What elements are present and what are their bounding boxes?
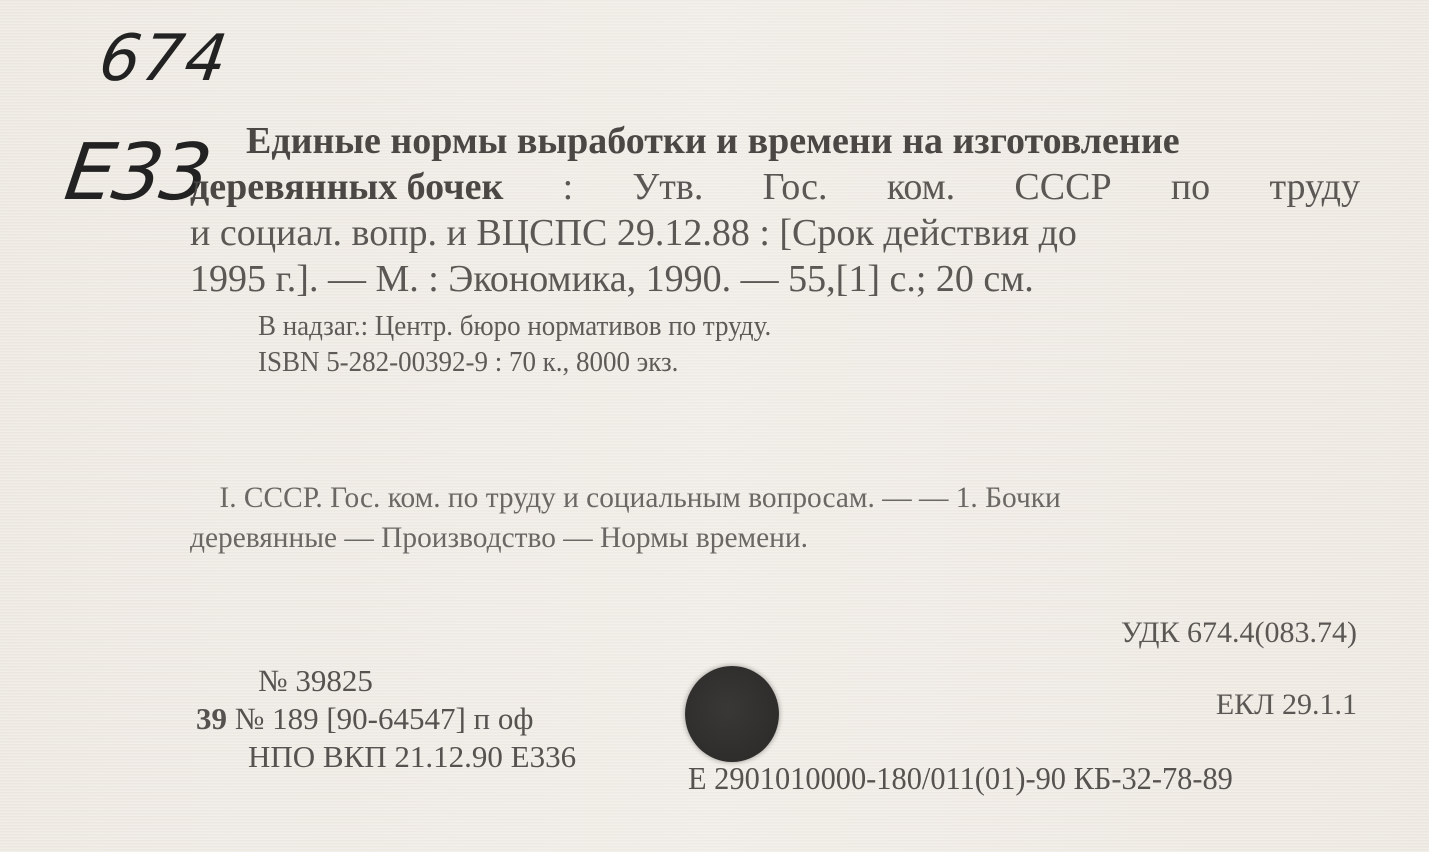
main-entry: Единые нормы выработки и времени на изго…	[190, 118, 1360, 302]
title-line-1: Единые нормы выработки и времени на изго…	[190, 118, 1360, 164]
imprint-line: 1995 г.]. — М. : Экономика, 1990. — 55,[…	[190, 256, 1360, 302]
word: ком.	[887, 164, 955, 210]
word: Гос.	[763, 164, 828, 210]
udk-code: УДК 674.4(083.74)	[1121, 616, 1357, 650]
tech-info: № 39825 39 № 189 [90-64547] п оф НПО ВКП…	[196, 662, 576, 776]
ekl-code: ЕКЛ 29.1.1	[1216, 688, 1357, 722]
tech-line-3: НПО ВКП 21.12.90 Е336	[196, 738, 576, 776]
tech-line-2: 39 № 189 [90-64547] п оф	[196, 700, 576, 738]
word: труду	[1269, 164, 1360, 210]
bottom-code: Е 2901010000-180/011(01)-90 КБ-32-78-89	[688, 760, 1233, 797]
word: СССР	[1014, 164, 1111, 210]
title-end: деревянных бочек	[190, 164, 503, 210]
title-line-2: деревянных бочек : Утв. Гос. ком. СССР п…	[190, 164, 1360, 210]
card-count: 39	[196, 701, 227, 736]
word: Утв.	[632, 164, 703, 210]
punch-hole	[685, 666, 779, 762]
order-number: № 39825	[196, 662, 576, 700]
catalog-card: 674 E33 Единые нормы выработки и времени…	[0, 0, 1429, 852]
responsibility-line: и социал. вопр. и ВЦСПС 29.12.88 : [Срок…	[190, 210, 1360, 256]
header-note: В надзаг.: Центр. бюро нормативов по тру…	[258, 308, 771, 344]
print-order: № 189 [90-64547] п оф	[235, 701, 534, 736]
isbn-line: ISBN 5-282-00392-9 : 70 к., 8000 экз.	[258, 344, 771, 380]
tracings: I. СССР. Гос. ком. по труду и социальным…	[190, 478, 1337, 558]
handwritten-class-number: 674	[95, 22, 234, 96]
tracing-line-1: I. СССР. Гос. ком. по труду и социальным…	[190, 478, 1337, 518]
tracing-line-2: деревянные — Производство — Нормы времен…	[190, 518, 1337, 558]
word: по	[1171, 164, 1210, 210]
separator: :	[563, 164, 574, 210]
notes: В надзаг.: Центр. бюро нормативов по тру…	[258, 308, 771, 380]
